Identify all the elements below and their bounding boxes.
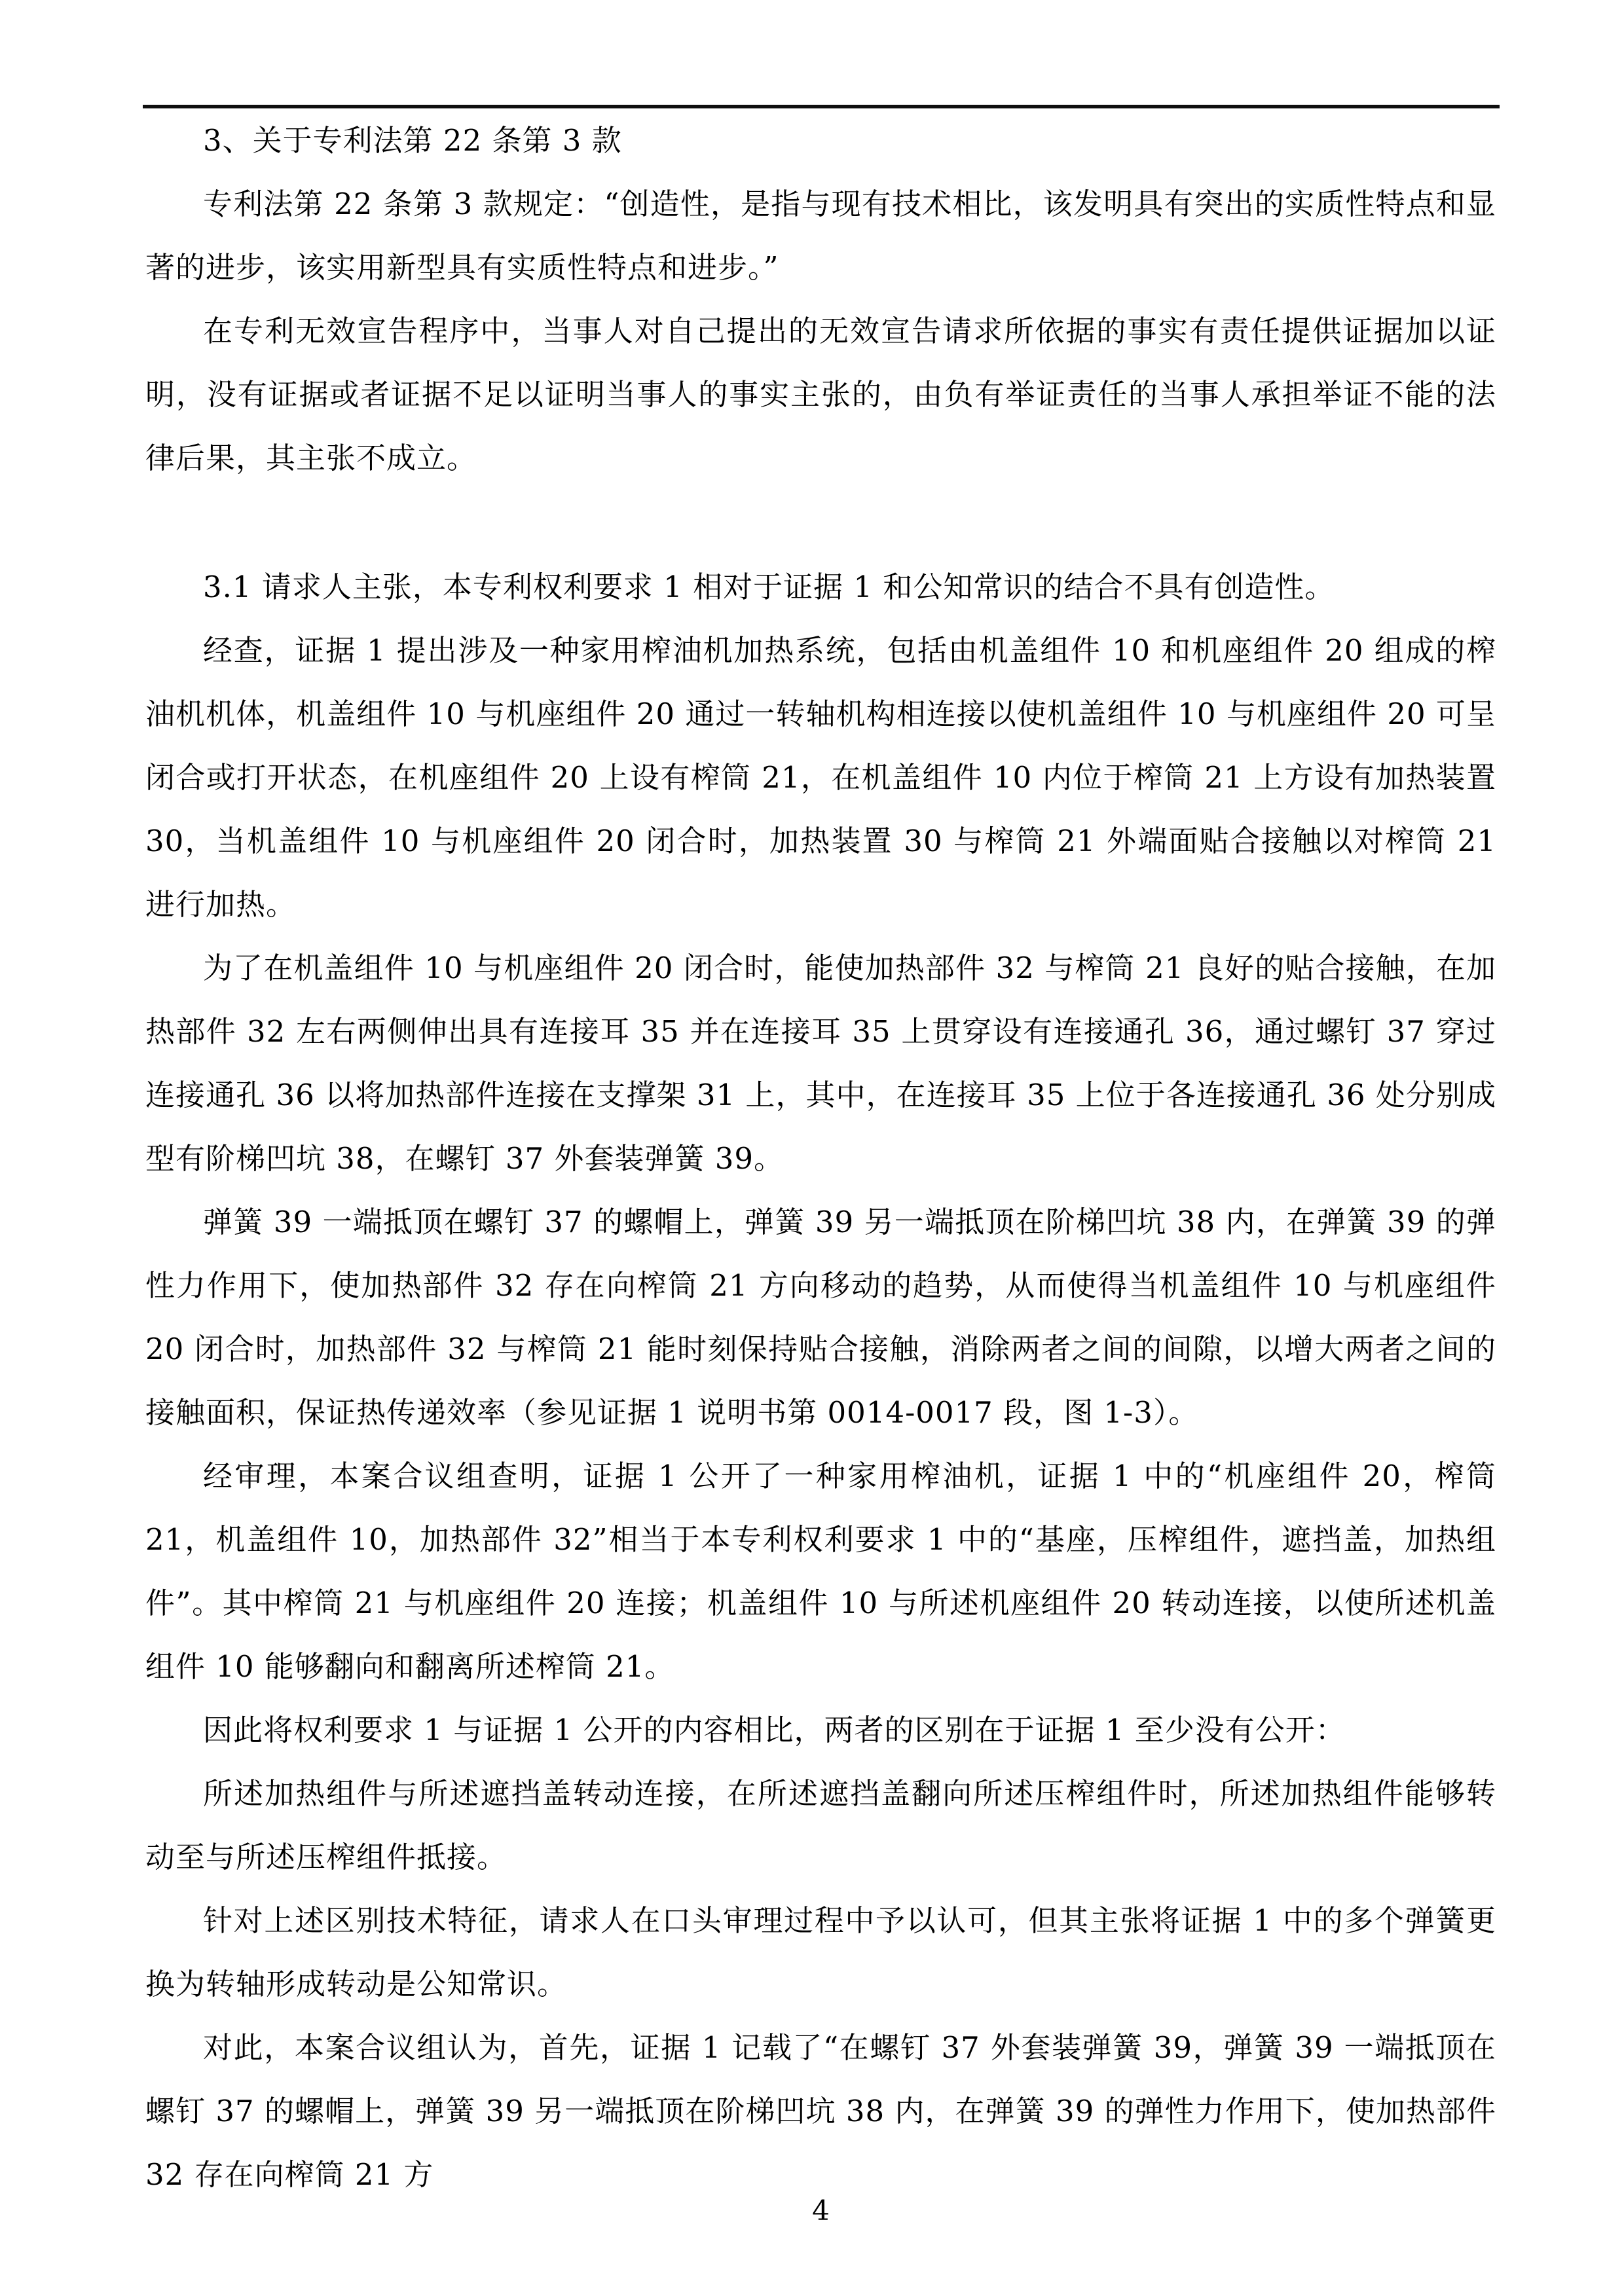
- paragraph: 经审理，本案合议组查明，证据 1 公开了一种家用榨油机，证据 1 中的“机座组件…: [145, 1444, 1496, 1698]
- paragraph: 针对上述区别技术特征，请求人在口头审理过程中予以认可，但其主张将证据 1 中的多…: [145, 1889, 1496, 2016]
- document-page: 3、关于专利法第 22 条第 3 款 专利法第 22 条第 3 款规定：“创造性…: [0, 0, 1624, 2296]
- paragraph: 专利法第 22 条第 3 款规定：“创造性，是指与现有技术相比，该发明具有突出的…: [145, 172, 1496, 299]
- paragraph: 为了在机盖组件 10 与机座组件 20 闭合时，能使加热部件 32 与榨筒 21…: [145, 936, 1496, 1190]
- paragraph: 所述加热组件与所述遮挡盖转动连接，在所述遮挡盖翻向所述压榨组件时，所述加热组件能…: [145, 1762, 1496, 1889]
- paragraph: 弹簧 39 一端抵顶在螺钉 37 的螺帽上，弹簧 39 另一端抵顶在阶梯凹坑 3…: [145, 1190, 1496, 1444]
- document-body: 3、关于专利法第 22 条第 3 款 专利法第 22 条第 3 款规定：“创造性…: [145, 109, 1496, 2206]
- paragraph: 3.1 请求人主张，本专利权利要求 1 相对于证据 1 和公知常识的结合不具有创…: [145, 555, 1496, 619]
- paragraph: 因此将权利要求 1 与证据 1 公开的内容相比，两者的区别在于证据 1 至少没有…: [145, 1698, 1496, 1762]
- paragraph: 对此，本案合议组认为，首先，证据 1 记载了“在螺钉 37 外套装弹簧 39，弹…: [145, 2016, 1496, 2206]
- paragraph: 在专利无效宣告程序中，当事人对自己提出的无效宣告请求所依据的事实有责任提供证据加…: [145, 299, 1496, 490]
- section-heading: 3、关于专利法第 22 条第 3 款: [145, 109, 1496, 172]
- page-number: 4: [145, 2195, 1496, 2227]
- paragraph: 经查，证据 1 提出涉及一种家用榨油机加热系统，包括由机盖组件 10 和机座组件…: [145, 619, 1496, 936]
